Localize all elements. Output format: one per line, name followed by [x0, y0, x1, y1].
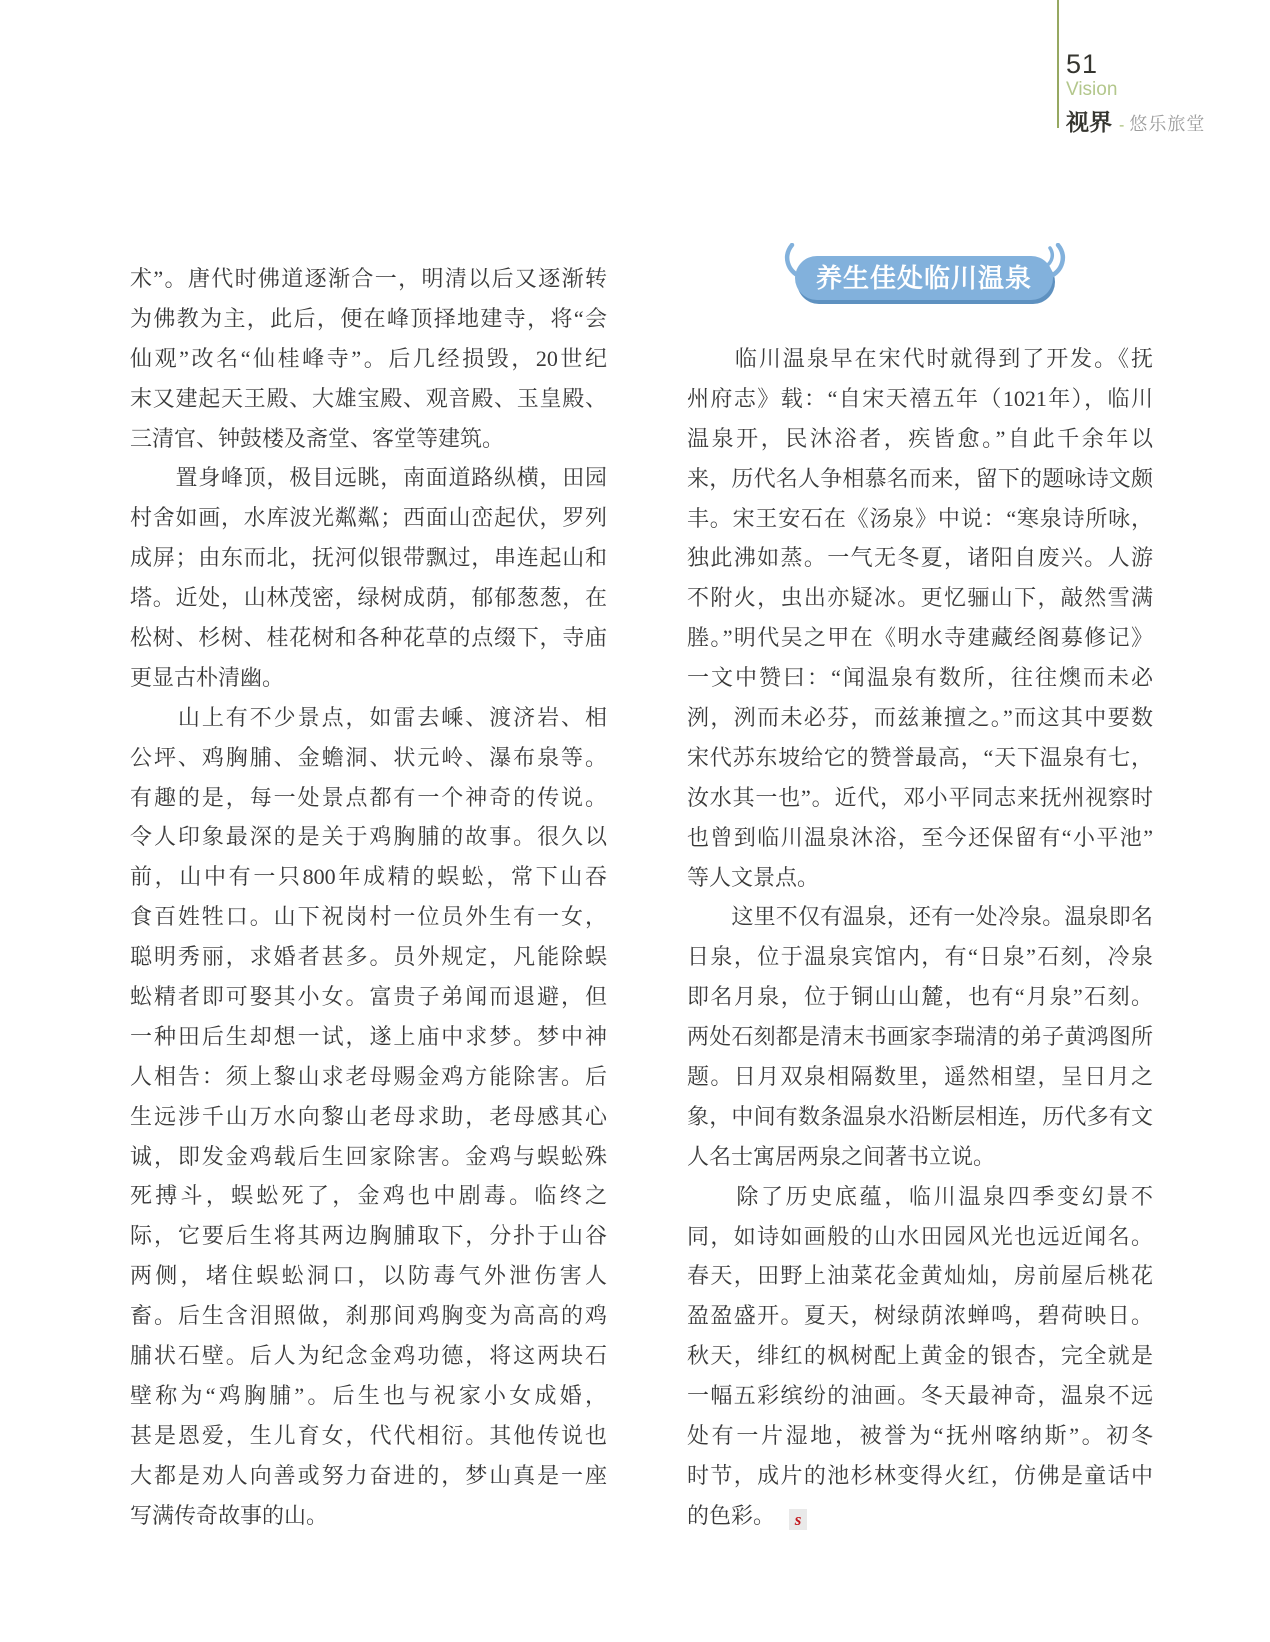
article-heading-wrap: 养生佳处临川温泉	[687, 256, 1153, 302]
text-line: 置身峰顶，极目远眺，南面道路纵横，田园	[130, 458, 607, 498]
text-line: 人相告：须上黎山求老母赐金鸡方能除害。后	[130, 1057, 607, 1097]
text-line: 两处石刻都是清末书画家李瑞清的弟子黄鸿图所	[687, 1017, 1153, 1057]
text-line: 更显古朴清幽。	[130, 658, 607, 698]
text-line: 塔。近处，山林茂密，绿树成荫，郁郁葱葱，在	[130, 578, 607, 618]
text-line: 时节，成片的池杉林变得火红，仿佛是童话中	[687, 1456, 1153, 1496]
text-line: 秋天，绯红的枫树配上黄金的银杏，完全就是	[687, 1336, 1153, 1376]
text-line: 前，山中有一只800年成精的蜈蚣，常下山吞	[130, 857, 607, 897]
text-line: 临川温泉早在宋代时就得到了开发。《抚	[687, 339, 1153, 379]
text-line: 州府志》载：“自宋天禧五年（1021年），临川	[687, 379, 1153, 419]
text-line: 三清官、钟鼓楼及斋堂、客堂等建筑。	[130, 419, 607, 459]
text-line: 宋代苏东坡给它的赞誉最高，“天下温泉有七，	[687, 738, 1153, 778]
header-rule	[1057, 0, 1059, 128]
text-line: 村舍如画，水库波光粼粼；西面山峦起伏，罗列	[130, 498, 607, 538]
text-line: 这里不仅有温泉，还有一处冷泉。温泉即名	[687, 897, 1153, 937]
text-line: 一文中赞曰：“闻温泉有数所，往往燠而未必	[687, 658, 1153, 698]
section-subtitle: 悠乐旅堂	[1129, 110, 1205, 136]
article-heading-badge: 养生佳处临川温泉	[795, 256, 1053, 300]
page-header: 51 Vision 视界 - 悠乐旅堂	[1066, 50, 1205, 137]
text-line: 除了历史底蕴，临川温泉四季变幻景不	[687, 1177, 1153, 1217]
text-line: 聪明秀丽，求婚者甚多。员外规定，凡能除蜈	[130, 937, 607, 977]
text-line: 温泉开，民沐浴者，疾皆愈。”自此千余年以	[687, 419, 1153, 459]
text-line: 盈盈盛开。夏天，树绿荫浓蝉鸣，碧荷映日。	[687, 1296, 1153, 1336]
text-line: 术”。唐代时佛道逐渐合一，明清以后又逐渐转	[130, 259, 607, 299]
text-line: 生远涉千山万水向黎山老母求助，老母感其心	[130, 1097, 607, 1137]
text-line: 大都是劝人向善或努力奋进的，梦山真是一座	[130, 1456, 607, 1496]
text-line: 诚，即发金鸡载后生回家除害。金鸡与蜈蚣殊	[130, 1137, 607, 1177]
right-text-column: 养生佳处临川温泉 临川温泉早在宋代时就得到了开发。《抚州府志》载：“自宋天禧五年…	[687, 256, 1153, 1536]
text-line: 山上有不少景点，如雷去嵊、渡济岩、相	[130, 698, 607, 738]
section-title-cn: 视界	[1066, 104, 1112, 137]
text-line: 一幅五彩缤纷的油画。冬天最神奇，温泉不远	[687, 1376, 1153, 1416]
section-dash: -	[1119, 117, 1124, 135]
text-line: 两侧，堵住蜈蚣洞口，以防毒气外泄伤害人	[130, 1256, 607, 1296]
text-line: 蚣精者即可娶其小女。富贵子弟闻而退避，但	[130, 977, 607, 1017]
text-line: 死搏斗，蜈蚣死了，金鸡也中剧毒。临终之	[130, 1176, 607, 1216]
text-line: 汝水其一也”。近代，邓小平同志来抚州视察时	[687, 778, 1153, 818]
text-line: 人名士寓居两泉之间著书立说。	[687, 1137, 1153, 1177]
section-title-row: 视界 - 悠乐旅堂	[1066, 104, 1205, 137]
text-line: 也曾到临川温泉沐浴，至今还保留有“小平池”	[687, 818, 1153, 858]
text-line: 日泉，位于温泉宾馆内，有“日泉”石刻，冷泉	[687, 937, 1153, 977]
text-line: 的色彩。s	[687, 1496, 1153, 1536]
text-line: 有趣的是，每一处景点都有一个神奇的传说。	[130, 778, 607, 818]
text-line: 畜。后生含泪照做，刹那间鸡胸变为高高的鸡	[130, 1296, 607, 1336]
text-line: 际，它要后生将其两边胸脯取下，分扑于山谷	[130, 1216, 607, 1256]
text-line: 洌，洌而未必芬，而兹兼擅之。”而这其中要数	[687, 698, 1153, 738]
text-line: 一种田后生却想一试，遂上庙中求梦。梦中神	[130, 1017, 607, 1057]
text-line: 成屏；由东而北，抚河似银带飘过，串连起山和	[130, 538, 607, 578]
section-title-en: Vision	[1066, 79, 1205, 101]
text-line: 题。日月双泉相隔数里，遥然相望，呈日月之	[687, 1057, 1153, 1097]
text-line: 公坪、鸡胸脯、金蟾洞、状元岭、瀑布泉等。	[130, 738, 607, 778]
text-line: 脯状石壁。后人为纪念金鸡功德，将这两块石	[130, 1336, 607, 1376]
text-line: 松树、杉树、桂花树和各种花草的点缀下，寺庙	[130, 618, 607, 658]
text-line: 壁称为“鸡胸脯”。后生也与祝家小女成婚，	[130, 1376, 607, 1416]
article-heading-text: 养生佳处临川温泉	[816, 265, 1032, 291]
text-line: 甚是恩爱，生儿育女，代代相衍。其他传说也	[130, 1416, 607, 1456]
text-line: 末又建起天王殿、大雄宝殿、观音殿、玉皇殿、	[130, 379, 607, 419]
text-line: 独此沸如蒸。一气无冬夏，诸阳自废兴。人游	[687, 538, 1153, 578]
text-line: 即名月泉，位于铜山山麓，也有“月泉”石刻。	[687, 977, 1153, 1017]
quote-right-icon	[1043, 243, 1073, 279]
text-line: 等人文景点。	[687, 858, 1153, 898]
text-line: 处有一片湿地，被誉为“抚州喀纳斯”。初冬	[687, 1416, 1153, 1456]
text-line: 为佛教为主，此后，便在峰顶择地建寺，将“会	[130, 299, 607, 339]
article-end-icon: s	[789, 1509, 807, 1530]
text-line: 令人印象最深的是关于鸡胸脯的故事。很久以	[130, 817, 607, 857]
text-line: 塍。”明代吴之甲在《明水寺建藏经阁募修记》	[687, 618, 1153, 658]
text-line: 丰。宋王安石在《汤泉》中说：“寒泉诗所咏，	[687, 499, 1153, 539]
text-line: 食百姓牲口。山下祝岗村一位员外生有一女，	[130, 897, 607, 937]
text-line: 象，中间有数条温泉水沿断层相连，历代多有文	[687, 1097, 1153, 1137]
quote-left-icon	[779, 243, 805, 279]
text-line: 来，历代名人争相慕名而来，留下的题咏诗文颇	[687, 459, 1153, 499]
text-line: 同，如诗如画般的山水田园风光也远近闻名。	[687, 1217, 1153, 1257]
text-line: 仙观”改名“仙桂峰寺”。后几经损毁，20世纪	[130, 339, 607, 379]
text-line: 写满传奇故事的山。	[130, 1496, 607, 1536]
right-column-lines: 临川温泉早在宋代时就得到了开发。《抚州府志》载：“自宋天禧五年（1021年），临…	[687, 339, 1153, 1536]
text-line: 不附火，虫出亦疑冰。更忆骊山下，敲然雪满	[687, 578, 1153, 618]
page-number: 51	[1066, 50, 1205, 78]
left-text-column: 术”。唐代时佛道逐渐合一，明清以后又逐渐转为佛教为主，此后，便在峰顶择地建寺，将…	[130, 259, 607, 1536]
text-line: 春天，田野上油菜花金黄灿灿，房前屋后桃花	[687, 1256, 1153, 1296]
